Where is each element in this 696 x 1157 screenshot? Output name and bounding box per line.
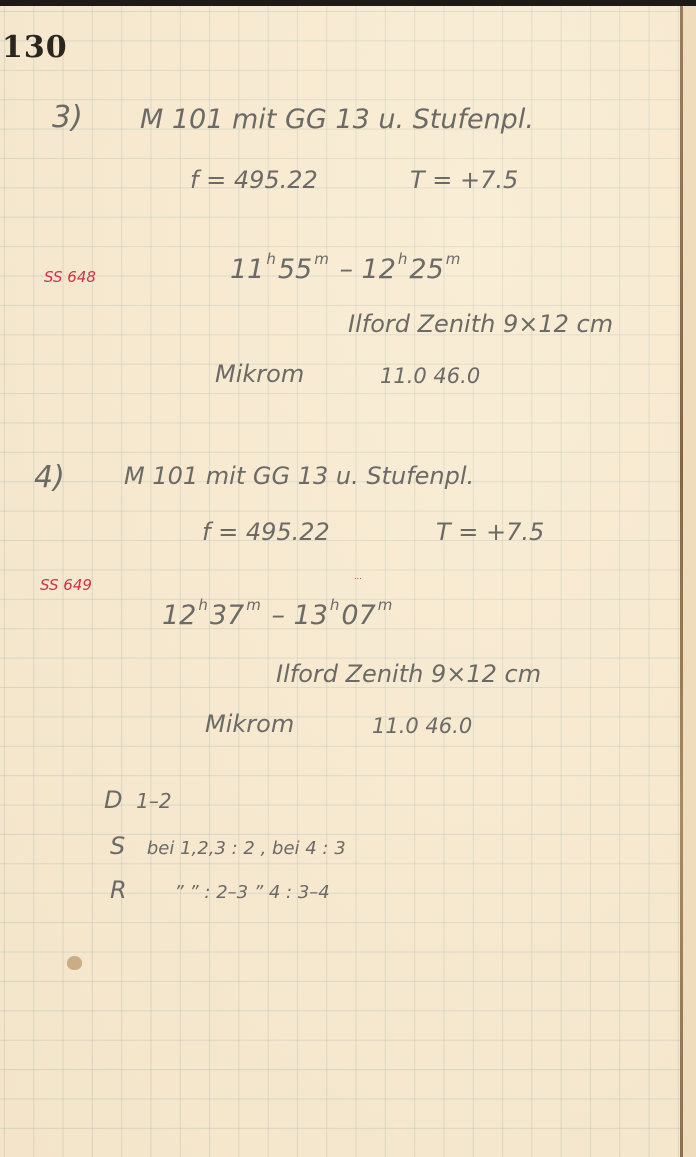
note-s: S bei 1,2,3 : 2 , bei 4 : 3	[110, 832, 346, 860]
note-text: 1–2	[136, 789, 171, 813]
plate-id: SS 648	[44, 268, 96, 286]
adjacent-page-edge	[683, 6, 696, 1157]
plate-type: Ilford Zenith 9×12 cm	[276, 660, 541, 688]
entry-title: M 101 mit GG 13 u. Stufenpl.	[140, 104, 534, 135]
time-dash: –	[271, 600, 285, 631]
mikrom-label: Mikrom	[215, 360, 304, 388]
minutes-unit: m	[378, 596, 393, 614]
paper-stain	[67, 956, 82, 970]
time-end-minutes: 07	[341, 600, 375, 631]
note-label: R	[110, 876, 127, 904]
temperature-value: T = +7.5	[436, 518, 544, 546]
notebook-page	[0, 6, 681, 1157]
exposure-time: 11h55m – 12h25m	[230, 254, 462, 285]
mikrom-values: 11.0 46.0	[372, 714, 472, 738]
page-number: 130	[2, 30, 68, 65]
time-end-hours: 12	[362, 254, 396, 285]
note-label: D	[104, 786, 122, 814]
entry-title: M 101 mit GG 13 u. Stufenpl.	[124, 462, 474, 490]
time-dash: –	[339, 254, 353, 285]
focus-value: f = 495.22	[202, 518, 330, 546]
note-text: ” ” : 2–3 ” 4 : 3–4	[174, 882, 329, 903]
time-end-hours: 13	[294, 600, 328, 631]
note-r: R ” ” : 2–3 ” 4 : 3–4	[110, 876, 330, 904]
entry-index: 3)	[52, 100, 83, 135]
temperature-value: T = +7.5	[410, 166, 518, 194]
red-annotation-mark: ...	[354, 572, 362, 581]
time-start-hours: 12	[162, 600, 196, 631]
time-start-hours: 11	[230, 254, 264, 285]
minutes-unit: m	[446, 250, 461, 268]
focus-value: f = 495.22	[190, 166, 318, 194]
plate-type: Ilford Zenith 9×12 cm	[348, 310, 613, 338]
time-end-minutes: 25	[409, 254, 443, 285]
mikrom-values: 11.0 46.0	[380, 364, 480, 388]
minutes-unit: m	[246, 596, 261, 614]
hours-unit: h	[198, 596, 208, 614]
time-start-minutes: 37	[210, 600, 244, 631]
exposure-time: 12h37m – 13h07m	[162, 600, 394, 631]
minutes-unit: m	[314, 250, 329, 268]
hours-unit: h	[398, 250, 408, 268]
note-d: D 1–2	[104, 786, 172, 814]
entry-index: 4)	[34, 460, 65, 495]
plate-id: SS 649	[40, 576, 92, 594]
mikrom-label: Mikrom	[205, 710, 294, 738]
hours-unit: h	[330, 596, 340, 614]
hours-unit: h	[266, 250, 276, 268]
note-label: S	[110, 832, 125, 860]
note-text: bei 1,2,3 : 2 , bei 4 : 3	[147, 838, 346, 859]
time-start-minutes: 55	[278, 254, 312, 285]
